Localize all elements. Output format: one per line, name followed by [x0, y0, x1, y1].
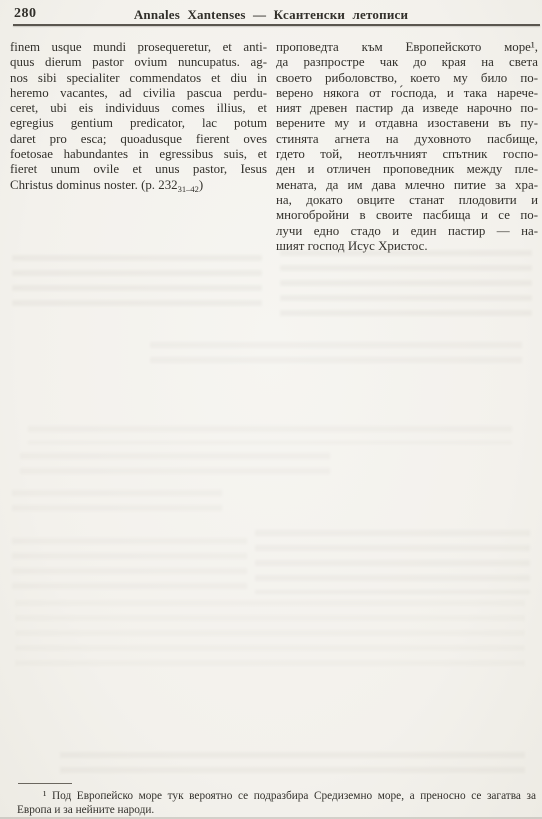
showthrough-ghost — [60, 752, 525, 778]
footnote: ¹ Под Европейско море тук вероятно се по… — [17, 790, 536, 818]
showthrough-ghost — [150, 342, 522, 370]
bulgarian-text-line: верените му и отдавна изоставени въ пу- — [276, 116, 538, 131]
bulgarian-text-line: проповедта към Европейското море¹, — [276, 40, 538, 55]
latin-text-line: egregius gentium predicator, lac potum — [10, 116, 267, 131]
bulgarian-text-line: на, докато овците станат плодовити и — [276, 193, 538, 208]
latin-text-line: finem usque mundi prosequeretur, et anti… — [10, 40, 267, 55]
footnote-line: ¹ Под Европейско море тук вероятно се по… — [17, 790, 536, 804]
showthrough-ghost — [280, 250, 532, 316]
showthrough-ghost — [12, 255, 262, 307]
bulgarian-column: проповедта към Европейското море¹, да ра… — [276, 40, 538, 254]
latin-column: finem usque mundi prosequeretur, et anti… — [10, 40, 267, 254]
showthrough-ghost — [15, 600, 525, 670]
latin-citation-close: ) — [199, 178, 203, 192]
header-rule — [13, 24, 540, 26]
showthrough-ghost — [255, 530, 530, 594]
showthrough-ghost — [12, 490, 222, 514]
bulgarian-text-line: многобройни в своите пасбища и се по- — [276, 208, 538, 223]
latin-text-line: fieret unum ovile et unus pastor, Iesus — [10, 162, 267, 177]
bulgarian-text-line: мената, да им дава млечно питие за хра- — [276, 178, 538, 193]
text-columns: finem usque mundi prosequeretur, et anti… — [10, 40, 538, 254]
scanned-book-page: 280 Annales Xantenses — Ксантенски летоп… — [0, 0, 542, 819]
bulgarian-text-line: своето риболовство, което му било по- — [276, 71, 538, 86]
latin-text-line: foetosae habundantes in egressibus suis,… — [10, 147, 267, 162]
bulgarian-text-line: лучи едно стадо и един пастир — на- — [276, 224, 538, 239]
showthrough-ghost — [28, 426, 512, 444]
bulgarian-text-line: ден и отличен проповедник между пле- — [276, 162, 538, 177]
citation-line-range-subscript: 31–42 — [178, 184, 199, 194]
footnote-separator — [18, 783, 72, 784]
bulgarian-text-line: гдето той, неотлъчният спътник госпо- — [276, 147, 538, 162]
showthrough-ghost — [12, 538, 247, 596]
latin-text-line: nos sibi specialiter commendatos et diu … — [10, 71, 267, 86]
latin-text-line: daret pro esca; quoadusque fierent oves — [10, 132, 267, 147]
showthrough-ghost — [20, 453, 330, 475]
running-title: Annales Xantenses — Ксантенски летописи — [0, 7, 542, 23]
latin-text-line: ceret, ubi eis individuus comes illius, … — [10, 101, 267, 116]
bulgarian-text-line-last: шият господ Исус Христос. — [276, 239, 538, 254]
bulgarian-text-line: да разпростре чак до края на света — [276, 55, 538, 70]
bulgarian-text-line: верено някога от го́спода, и така нарече… — [276, 86, 538, 101]
bulgarian-text-line: ният древен пастир да изведе нарочно по- — [276, 101, 538, 116]
footnote-line: Европа и за нейните народи. — [17, 804, 536, 818]
latin-text-line-last: Christus dominus noster. (p. 23231–42) — [10, 178, 267, 193]
latin-citation-text: Christus dominus noster. (p. 232 — [10, 178, 178, 192]
bulgarian-text-line: стинята агнета на духовното пасбище, — [276, 132, 538, 147]
latin-text-line: heremo vacantes, ad civilia pascua perdu… — [10, 86, 267, 101]
latin-text-line: quus dierum pastor ovium nuncupatus. ag- — [10, 55, 267, 70]
